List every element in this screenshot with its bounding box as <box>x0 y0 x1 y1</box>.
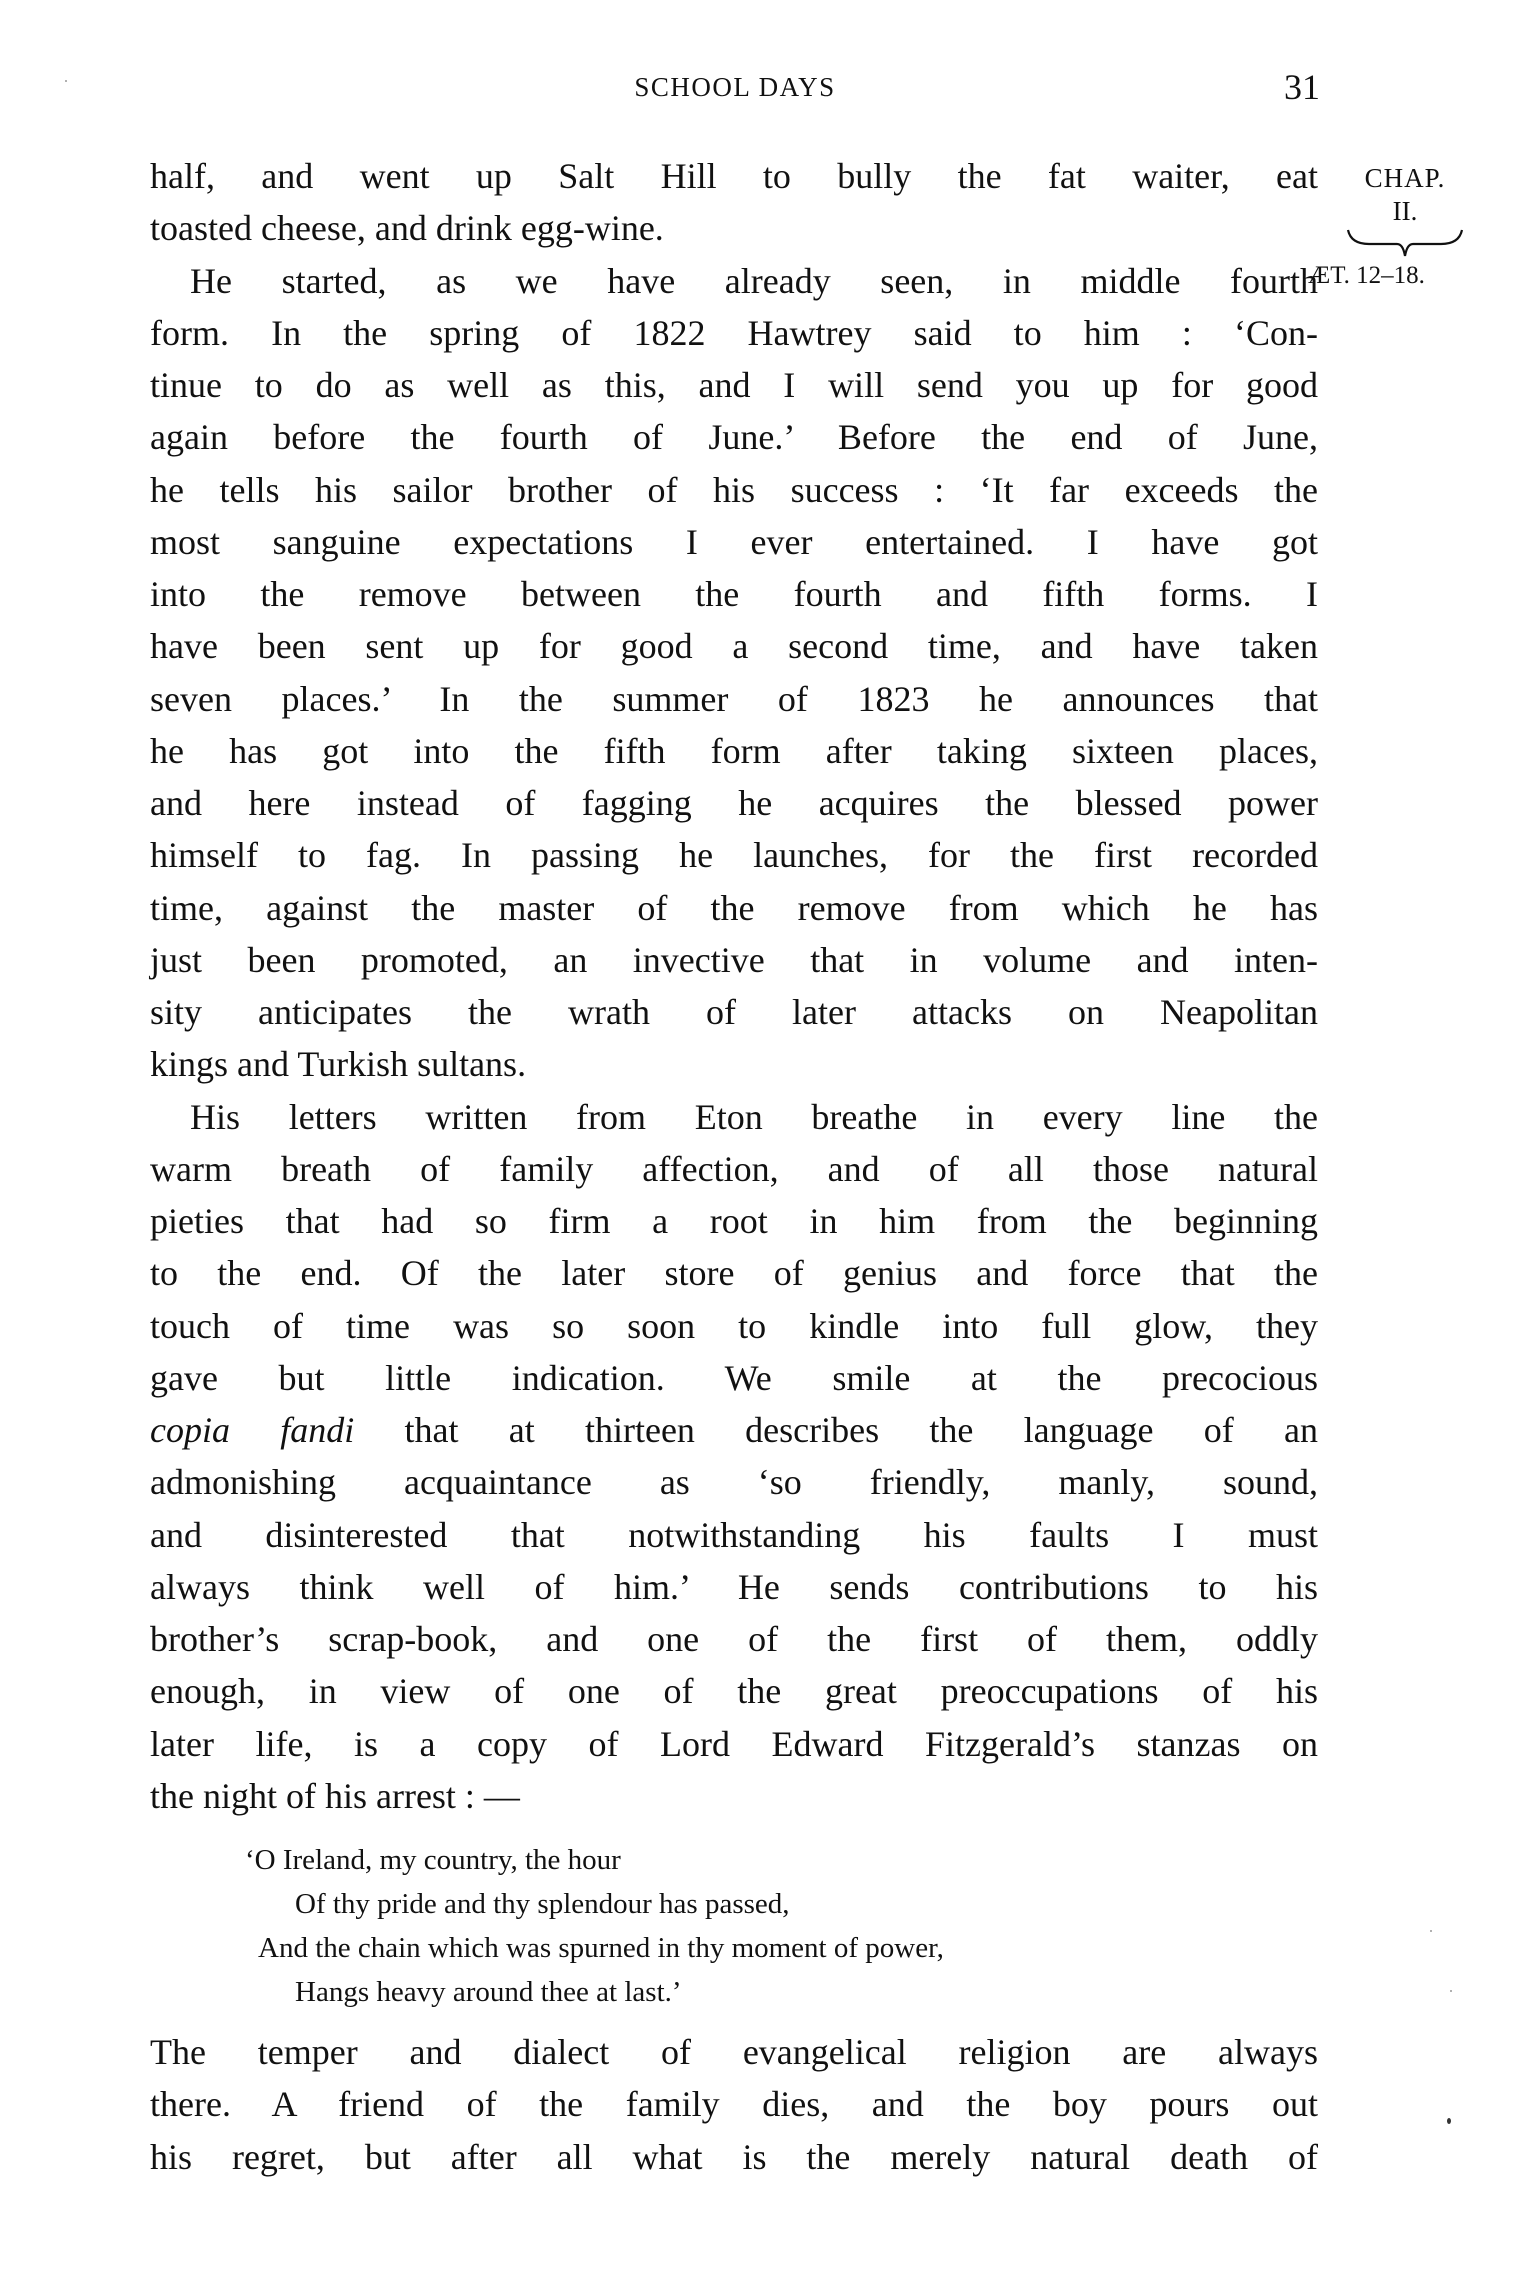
text-line: himself to fag. In passing he launches, … <box>150 829 1318 881</box>
text-line-with-italic: copia fandi that at thirteen describes t… <box>150 1404 1318 1456</box>
text-line: he tells his sailor brother of his succe… <box>150 464 1318 516</box>
scan-speck <box>1450 1990 1452 1992</box>
margin-sidenote: CHAP. II. ÆT. 12–18. <box>1320 160 1490 292</box>
text-line: brother’s scrap-book, and one of the fir… <box>150 1613 1318 1665</box>
text-line: he has got into the fifth form after tak… <box>150 725 1318 777</box>
text-line: toasted cheese, and drink egg-wine. <box>150 202 1318 254</box>
text-line: the night of his arrest : — <box>150 1770 1318 1822</box>
text-line: most sanguine expectations I ever entert… <box>150 516 1318 568</box>
text-line: The temper and dialect of evangelical re… <box>150 2026 1318 2078</box>
poem-line: Of thy pride and thy splendour has passe… <box>150 1882 1318 1926</box>
text-line: tinue to do as well as this, and I will … <box>150 359 1318 411</box>
text-line: His letters written from Eton breathe in… <box>150 1091 1318 1143</box>
text-line: and disinterested that notwithstanding h… <box>150 1509 1318 1561</box>
running-head-title: SCHOOL DAYS <box>150 72 1320 103</box>
text-line: there. A friend of the family dies, and … <box>150 2078 1318 2130</box>
sidenote-chapter-number: II. <box>1320 196 1490 226</box>
body-paragraphs: half, and went up Salt Hill to bully the… <box>150 150 1318 1822</box>
poem-line: Hangs heavy around thee at last.’ <box>150 1970 1318 2014</box>
book-page: SCHOOL DAYS 31 CHAP. II. ÆT. 12–18. half… <box>0 0 1535 2277</box>
scan-speck <box>1447 2118 1451 2124</box>
italic-phrase: copia fandi <box>150 1410 354 1450</box>
poem-line: ‘O Ireland, my country, the hour <box>150 1838 1318 1882</box>
text-line: have been sent up for good a second time… <box>150 620 1318 672</box>
text-line: half, and went up Salt Hill to bully the… <box>150 150 1318 202</box>
text-line: always think well of him.’ He sends cont… <box>150 1561 1318 1613</box>
curly-brace-icon <box>1320 226 1490 260</box>
scan-speck <box>1430 1930 1432 1932</box>
sidenote-chapter: CHAP. <box>1320 160 1490 196</box>
text-line: into the remove between the fourth and f… <box>150 568 1318 620</box>
text-line: admonishing acquaintance as ‘so friendly… <box>150 1456 1318 1508</box>
text-line: and here instead of fagging he acquires … <box>150 777 1318 829</box>
text-line: He started, as we have already seen, in … <box>150 255 1318 307</box>
closing-paragraph: The temper and dialect of evangelical re… <box>150 2026 1318 2183</box>
text-line-rest: that at thirteen describes the language … <box>354 1410 1318 1450</box>
sidenote-age: ÆT. 12–18. <box>1308 260 1490 292</box>
poem-line: And the chain which was spurned in thy m… <box>150 1926 1318 1970</box>
running-head: SCHOOL DAYS 31 <box>150 66 1320 110</box>
text-line: enough, in view of one of the great preo… <box>150 1665 1318 1717</box>
text-line: kings and Turkish sultans. <box>150 1038 1318 1090</box>
text-line: seven places.’ In the summer of 1823 he … <box>150 673 1318 725</box>
text-line: just been promoted, an invective that in… <box>150 934 1318 986</box>
scan-speck <box>65 80 67 82</box>
text-line: time, against the master of the remove f… <box>150 882 1318 934</box>
text-line: his regret, but after all what is the me… <box>150 2131 1318 2183</box>
text-line: touch of time was so soon to kindle into… <box>150 1300 1318 1352</box>
text-line: form. In the spring of 1822 Hawtrey said… <box>150 307 1318 359</box>
page-number: 31 <box>1284 66 1320 108</box>
text-line: later life, is a copy of Lord Edward Fit… <box>150 1718 1318 1770</box>
text-line: warm breath of family affection, and of … <box>150 1143 1318 1195</box>
poem-quotation: ‘O Ireland, my country, the hour Of thy … <box>150 1838 1318 2014</box>
text-line: to the end. Of the later store of genius… <box>150 1247 1318 1299</box>
text-line: sity anticipates the wrath of later atta… <box>150 986 1318 1038</box>
text-line: pieties that had so firm a root in him f… <box>150 1195 1318 1247</box>
text-line: gave but little indication. We smile at … <box>150 1352 1318 1404</box>
text-line: again before the fourth of June.’ Before… <box>150 411 1318 463</box>
